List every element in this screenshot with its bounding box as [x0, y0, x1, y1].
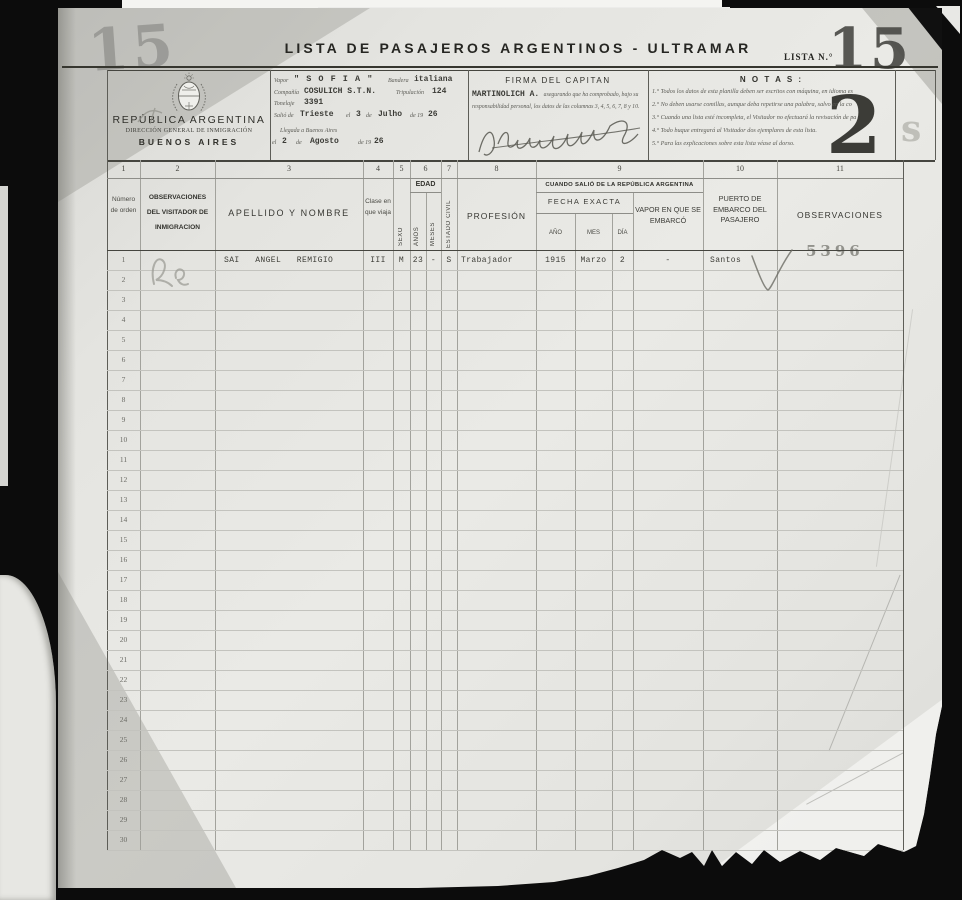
table-row: 27	[107, 770, 903, 791]
table-row: 8	[107, 390, 903, 411]
row-order-number: 11	[107, 450, 140, 470]
entry-meses: -	[426, 250, 441, 270]
row-order-number: 13	[107, 490, 140, 510]
table-row: 10	[107, 430, 903, 451]
entry-estado-civil: S	[441, 250, 457, 270]
entry-clase: III	[363, 250, 393, 270]
table-row: 20	[107, 630, 903, 651]
visitador-pencil-initials	[146, 250, 192, 297]
table-row: 5	[107, 330, 903, 351]
row-order-number: 14	[107, 510, 140, 530]
row-order-number: 7	[107, 370, 140, 390]
row-order-number: 26	[107, 750, 140, 770]
entry-mes: Marzo	[575, 250, 612, 270]
row-order-number: 8	[107, 390, 140, 410]
table-row: 6	[107, 350, 903, 371]
table-row: 4	[107, 310, 903, 331]
row-order-number: 12	[107, 470, 140, 490]
table-row: 12	[107, 470, 903, 491]
scanned-passenger-list-page: 15 15 2 s 5396 LISTA DE PASAJEROS ARGENT…	[0, 0, 962, 900]
row-order-number: 27	[107, 770, 140, 790]
row-order-number: 17	[107, 570, 140, 590]
entry-profesion: Trabajador	[461, 250, 536, 270]
table-body: 1234567891011121314151617181920212223242…	[58, 8, 942, 890]
row-order-number: 10	[107, 430, 140, 450]
entry-dia: 2	[612, 250, 633, 270]
entry-apellido-nombre: SAI ANGEL REMIGIO	[224, 250, 362, 270]
observacion-checkmark	[748, 248, 794, 299]
table-row: 30	[107, 830, 903, 851]
page-curl-bottom-left	[0, 575, 56, 900]
row-order-number: 29	[107, 810, 140, 830]
table-row: 15	[107, 530, 903, 551]
table-row: 11	[107, 450, 903, 471]
row-order-number: 30	[107, 830, 140, 850]
table-row: 7	[107, 370, 903, 391]
document-paper: 15 15 2 s 5396 LISTA DE PASAJEROS ARGENT…	[58, 8, 942, 890]
entry-sexo: M	[393, 250, 410, 270]
entry-ano: 1915	[536, 250, 575, 270]
row-order-number: 25	[107, 730, 140, 750]
row-order-number: 18	[107, 590, 140, 610]
table-row: 23	[107, 690, 903, 711]
row-order-number: 19	[107, 610, 140, 630]
row-order-number: 23	[107, 690, 140, 710]
row-order-number: 20	[107, 630, 140, 650]
row-order-number: 24	[107, 710, 140, 730]
table-row: 16	[107, 550, 903, 571]
table-row: 13	[107, 490, 903, 511]
row-order-number: 5	[107, 330, 140, 350]
row-order-number: 3	[107, 290, 140, 310]
entry-anos: 23	[410, 250, 426, 270]
table-row: 9	[107, 410, 903, 431]
row-order-number: 2	[107, 270, 140, 290]
row-order-number: 22	[107, 670, 140, 690]
row-order-number: 1	[107, 250, 140, 270]
table-row: 26	[107, 750, 903, 771]
table-row: 24	[107, 710, 903, 731]
table-row: 14	[107, 510, 903, 531]
table-row: 25	[107, 730, 903, 751]
row-order-number: 6	[107, 350, 140, 370]
row-order-number: 9	[107, 410, 140, 430]
table-row: 21	[107, 650, 903, 671]
table-row: 18	[107, 590, 903, 611]
row-order-number: 15	[107, 530, 140, 550]
row-order-number: 28	[107, 790, 140, 810]
table-row: 22	[107, 670, 903, 691]
table-row: 29	[107, 810, 903, 831]
entry-vapor: -	[633, 250, 703, 270]
table-row: 28	[107, 790, 903, 811]
row-order-number: 16	[107, 550, 140, 570]
table-row: 19	[107, 610, 903, 631]
page-edge-left-sliver	[0, 186, 8, 486]
row-order-number: 4	[107, 310, 140, 330]
row-order-number: 21	[107, 650, 140, 670]
table-row: 17	[107, 570, 903, 591]
